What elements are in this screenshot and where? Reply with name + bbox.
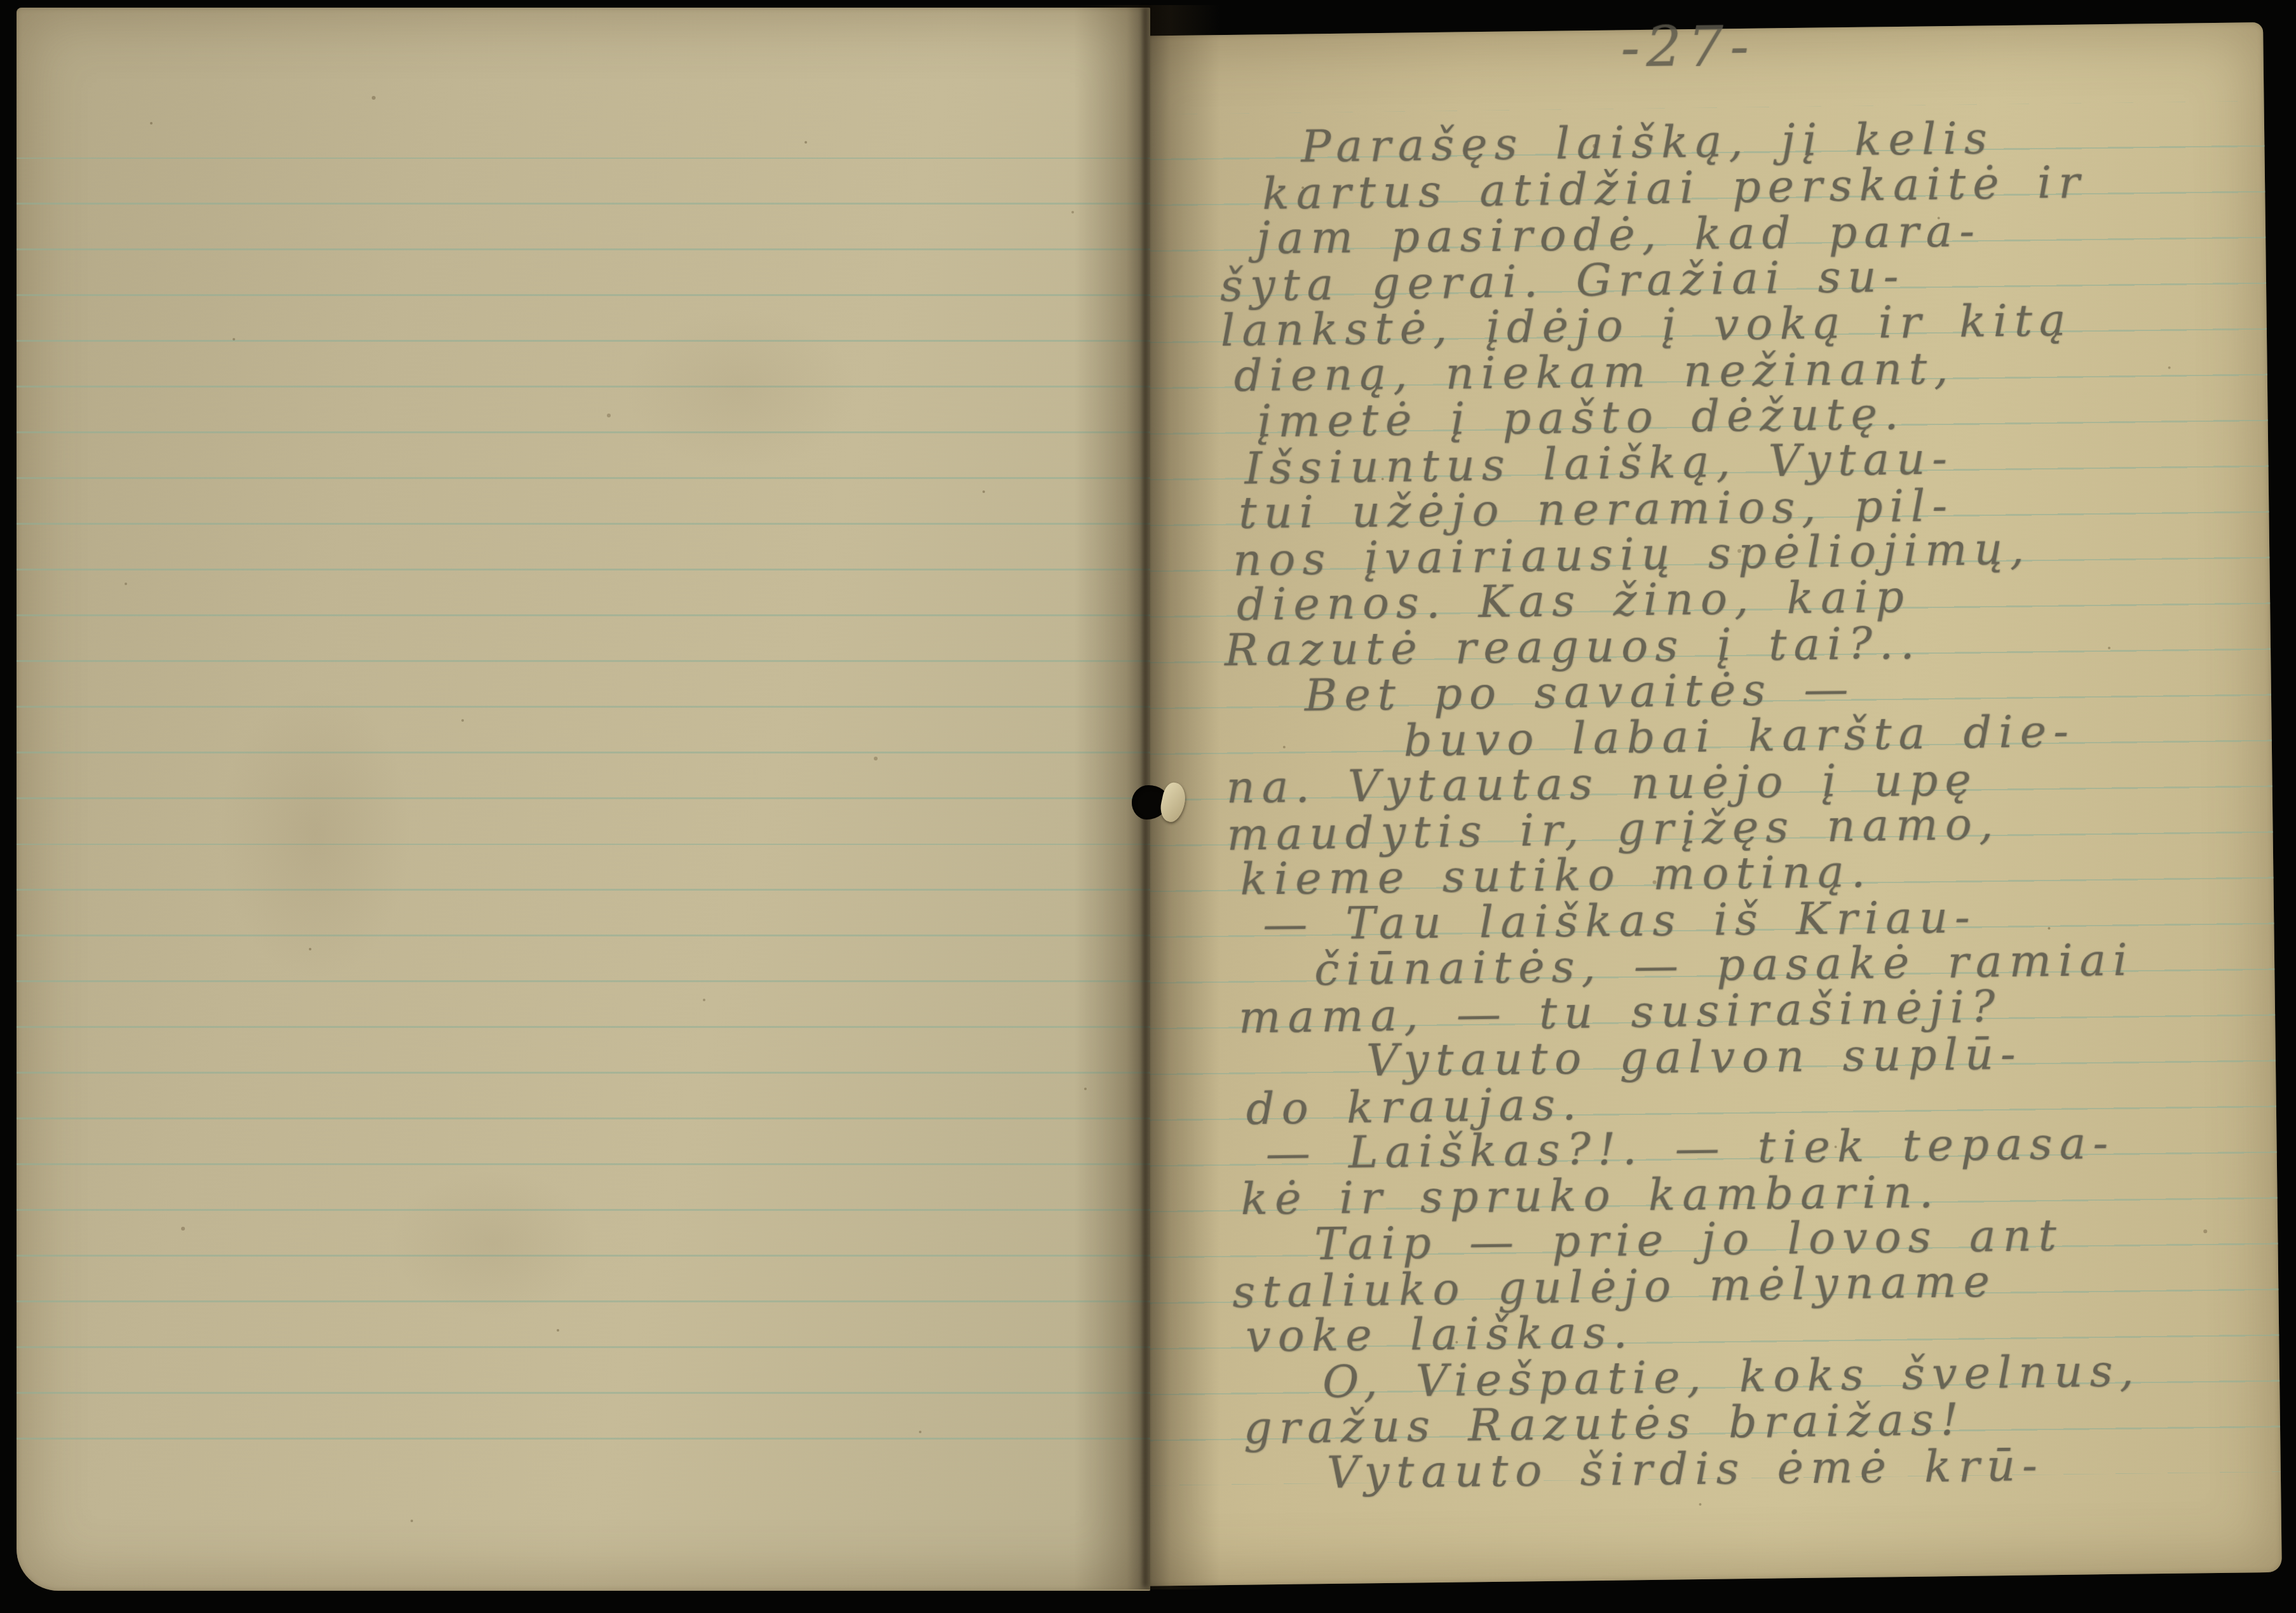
paper-speckles <box>17 8 19 10</box>
left-page <box>17 8 1150 1591</box>
handwritten-line: Vytauto širdis ėmė krū- <box>1234 1440 2269 1495</box>
paper-stain <box>347 1138 639 1348</box>
page-number: -27- <box>1620 18 1756 76</box>
paper-stain <box>182 630 449 1037</box>
paper-stain <box>576 274 906 503</box>
handwriting-layer: Parašęs laišką, jį keliskartus atidžiai … <box>1218 111 2269 1496</box>
left-page-ruling <box>17 113 1150 1481</box>
notebook-scan: -27- Parašęs laišką, jį keliskartus atid… <box>0 0 2296 1613</box>
right-page: -27- Parašęs laišką, jį keliskartus atid… <box>1109 22 2282 1586</box>
